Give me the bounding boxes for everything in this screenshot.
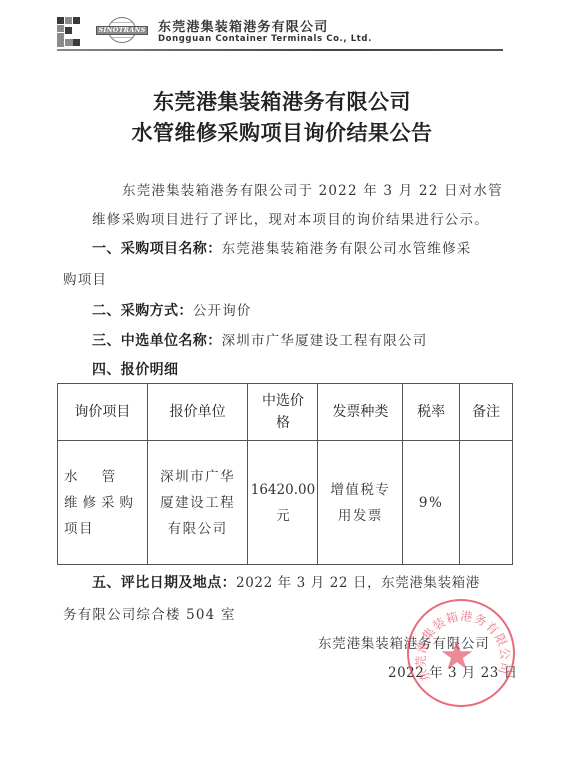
section-selected-vendor-value: 深圳市广华厦建设工程有限公司	[222, 333, 428, 349]
section-project-name-label: 一、采购项目名称：	[92, 241, 222, 257]
cell-vendor-line3: 有限公司	[148, 516, 248, 542]
section-quote-details-label: 四、报价明细	[92, 359, 178, 379]
seal-star-icon: ★	[439, 633, 475, 679]
cell-remark	[460, 441, 513, 565]
section-evaluation-label: 五、评比日期及地点：	[92, 575, 236, 591]
section-selected-vendor-label: 三、中选单位名称：	[92, 333, 222, 349]
sinotrans-logo-icon: SINOTRANS	[96, 17, 148, 43]
cell-item: 水 管 维修采购 项目	[58, 441, 148, 565]
intro-line1: 东莞港集装箱港务有限公司于 2022 年 3 月 22 日对水管	[122, 179, 503, 199]
section-evaluation-value: 2022 年 3 月 22 日，东莞港集装箱港	[236, 575, 480, 591]
column-header-item: 询价项目	[58, 384, 148, 441]
cell-item-line3: 项目	[64, 516, 141, 542]
column-header-price: 中选价 格	[248, 384, 318, 441]
cell-invoice-type-line1: 增值税专	[318, 477, 402, 503]
cell-item-line1: 水 管	[64, 464, 141, 490]
section-project-name-value-cont: 购项目	[63, 268, 107, 288]
table-row: 水 管 维修采购 项目 深圳市广华 厦建设工程 有限公司 16420.00 元 …	[58, 441, 513, 565]
table-header-row: 询价项目 报价单位 中选价 格 发票种类 税率 备注	[58, 384, 513, 441]
cell-price-amount: 16420.00	[248, 477, 317, 503]
letterhead-divider	[57, 49, 503, 51]
letterhead-company-name-en: Dongguan Container Terminals Co., Ltd.	[158, 34, 372, 44]
section-procurement-method-value: 公开询价	[193, 303, 252, 319]
cell-item-line2: 维修采购	[64, 490, 141, 516]
column-header-price-line2: 格	[248, 412, 317, 434]
section-procurement-method-label: 二、采购方式：	[92, 303, 193, 319]
column-header-remark: 备注	[460, 384, 513, 441]
letterhead-company-name-cn: 东莞港集装箱港务有限公司	[158, 16, 328, 35]
cell-vendor-line1: 深圳市广华	[148, 464, 248, 490]
cell-price: 16420.00 元	[248, 441, 318, 565]
section-selected-vendor: 三、中选单位名称：深圳市广华厦建设工程有限公司	[92, 329, 427, 350]
section-project-name-value: 东莞港集装箱港务有限公司水管维修采	[222, 241, 472, 257]
official-seal-stamp: 东莞港集装箱港务有限公司 ★	[407, 599, 515, 707]
cell-invoice-type-line2: 用发票	[318, 503, 402, 529]
column-header-vendor: 报价单位	[147, 384, 248, 441]
column-header-tax-rate: 税率	[403, 384, 460, 441]
cell-invoice-type: 增值税专 用发票	[318, 441, 403, 565]
document-title-line2: 水管维修采购项目询价结果公告	[0, 117, 564, 147]
section-evaluation-date-place: 五、评比日期及地点：2022 年 3 月 22 日，东莞港集装箱港	[92, 571, 480, 592]
intro-line2: 维修采购项目进行了评比，现对本项目的询价结果进行公示。	[92, 208, 489, 228]
cell-tax-rate: 9%	[403, 441, 460, 565]
cell-vendor-line2: 厦建设工程	[148, 490, 248, 516]
quote-details-table: 询价项目 报价单位 中选价 格 发票种类 税率 备注 水 管 维修采购 项目 深…	[57, 383, 513, 565]
column-header-price-line1: 中选价	[248, 390, 317, 412]
section-evaluation-value-cont: 务有限公司综合楼 504 室	[63, 603, 236, 623]
section-procurement-method: 二、采购方式：公开询价	[92, 299, 252, 320]
cell-vendor: 深圳市广华 厦建设工程 有限公司	[147, 441, 248, 565]
sinotrans-logo-text: SINOTRANS	[96, 26, 148, 35]
section-project-name: 一、采购项目名称：东莞港集装箱港务有限公司水管维修采	[92, 237, 472, 258]
column-header-invoice-type: 发票种类	[318, 384, 403, 441]
cell-price-unit: 元	[248, 503, 317, 529]
company-logo-icon	[57, 17, 81, 47]
document-title-line1: 东莞港集装箱港务有限公司	[0, 86, 564, 116]
